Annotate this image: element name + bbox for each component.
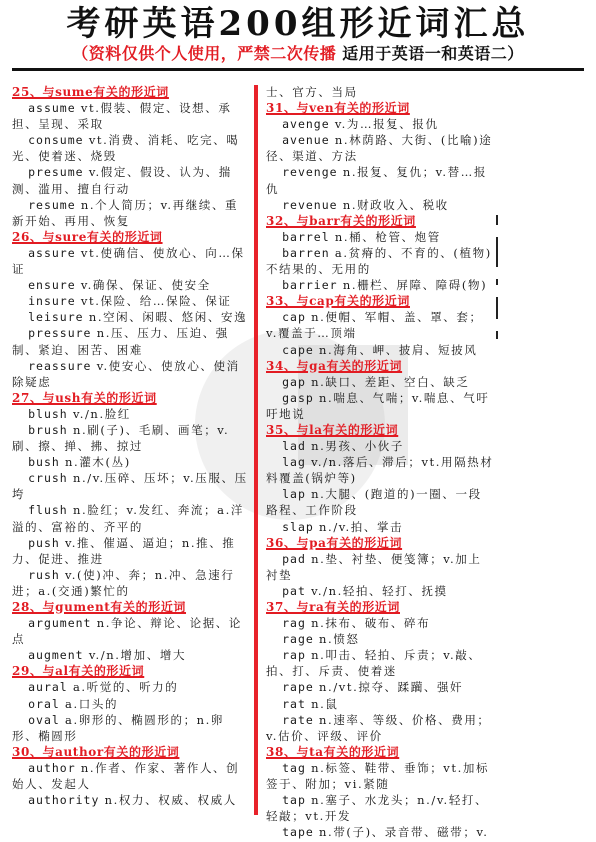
definition: n.鼠	[306, 697, 339, 711]
word-entry: barrier n.栅栏、屏障、障碍(物)	[266, 277, 494, 293]
word-entry: tap n.塞子、水龙头；n./v.轻打、轻敲；vt.开发	[266, 792, 494, 824]
word-entry: rag n.抹布、破布、碎布	[266, 615, 494, 631]
headword: avenge	[282, 117, 330, 131]
definition: v.为…报复、报仇	[330, 117, 439, 131]
headword: barrier	[282, 278, 337, 292]
word-entry: ensure v.确保、保证、使安全	[12, 277, 248, 293]
headword: assume	[28, 101, 76, 115]
page-title: 考研英语200组形近词汇总	[0, 4, 596, 44]
definition: v./n.脸红	[68, 407, 131, 421]
definition: n./vt.掠夺、蹂躏、强奸	[314, 680, 463, 694]
word-entry: pressure n.压、压力、压迫、强制、紧迫、困苦、困难	[12, 325, 248, 357]
definition: n.权力、权威、权威人	[99, 793, 236, 807]
word-entry: argument n.争论、辩论、论据、论点	[12, 615, 248, 647]
section-heading: 33、与cap有关的形近词	[266, 293, 494, 309]
section-heading: 29、与al有关的形近词	[12, 663, 248, 679]
section-heading: 30、与author有关的形近词	[12, 744, 248, 760]
definition: v./n.增加、增大	[84, 648, 186, 662]
word-entry: tape n.带(子)、录音带、磁带；v.	[266, 824, 494, 840]
headword: brush	[28, 423, 68, 437]
headword: crush	[28, 471, 68, 485]
definition: v./n.轻拍、轻打、抚摸	[306, 584, 448, 598]
right-column: 士、官方、当局31、与ven有关的形近词avenge v.为…报复、报仇aven…	[266, 84, 494, 840]
word-entry: rat n.鼠	[266, 696, 494, 712]
definition: n.灌木(丛)	[60, 455, 131, 469]
word-entry: assure vt.使确信、使放心、向…保证	[12, 245, 248, 277]
word-entry: revenge n.报复、复仇；v.替…报仇	[266, 164, 494, 196]
word-entry: barren a.贫瘠的、不育的、(植物)不结果的、无用的	[266, 245, 494, 277]
headword: aural	[28, 680, 68, 694]
headword: gap	[282, 375, 306, 389]
word-entry: aural a.听觉的、听力的	[12, 679, 248, 695]
word-entry: authority n.权力、权威、权威人	[12, 792, 248, 808]
word-entry: flush n.脸红；v.发红、奔流；a.洋溢的、富裕的、齐平的	[12, 502, 248, 534]
headword: reassure	[28, 359, 91, 373]
headword: lap	[282, 487, 306, 501]
word-entry: rate n.速率、等级、价格、费用；v.估价、评级、评价	[266, 712, 494, 744]
word-entry: augment v./n.增加、增大	[12, 647, 248, 663]
title-rule	[12, 68, 584, 71]
word-entry: rape n./vt.掠夺、蹂躏、强奸	[266, 679, 494, 695]
word-entry: assume vt.假装、假定、设想、承担、呈现、采取	[12, 100, 248, 132]
definition: n.桶、枪管、炮管	[330, 230, 441, 244]
headword: leisure	[28, 310, 83, 324]
word-entry: leisure n.空闲、闲暇、悠闲、安逸	[12, 309, 248, 325]
headword: flush	[28, 503, 68, 517]
word-entry: lad n.男孩、小伙子	[266, 438, 494, 454]
word-entry: avenue n.林荫路、大街、(比喻)途径、渠道、方法	[266, 132, 494, 164]
headword: lad	[282, 439, 306, 453]
definition: n.抹布、破布、碎布	[306, 616, 430, 630]
section-heading: 36、与pa有关的形近词	[266, 535, 494, 551]
word-entry: barrel n.桶、枪管、炮管	[266, 229, 494, 245]
headword: tag	[282, 761, 306, 775]
page-subtitle: （资料仅供个人使用，严禁二次传播 适用于英语一和英语二）	[0, 44, 596, 64]
definition: n.空闲、闲暇、悠闲、安逸	[84, 310, 248, 324]
headword: author	[28, 761, 76, 775]
word-entry: author n.作者、作家、著作人、创始人、发起人	[12, 760, 248, 792]
applicability-note: 适用于英语一和英语二）	[336, 44, 524, 63]
section-heading: 26、与sure有关的形近词	[12, 229, 248, 245]
headword: push	[28, 536, 60, 550]
headword: rag	[282, 616, 306, 630]
word-entry: rush v.(使)冲、奔；n.冲、急速行进；a.(交通)繁忙的	[12, 567, 248, 599]
headword: tap	[282, 793, 306, 807]
headword: rape	[282, 680, 314, 694]
left-column: 25、与sume有关的形近词assume vt.假装、假定、设想、承担、呈现、采…	[12, 84, 248, 808]
headword: lag	[282, 455, 306, 469]
headword: pad	[282, 552, 306, 566]
section-heading: 28、与gument有关的形近词	[12, 599, 248, 615]
word-entry: gasp n.喘息、气喘；v.喘息、气吁吁地说	[266, 390, 494, 422]
word-entry: bush n.灌木(丛)	[12, 454, 248, 470]
headword: oral	[28, 697, 60, 711]
headword: tape	[282, 825, 314, 839]
margin-artifacts	[493, 215, 501, 415]
definition: n.栅栏、屏障、障碍(物)	[338, 278, 488, 292]
word-entry: tag n.标签、鞋带、垂饰；vt.加标签于、附加；vi.紧随	[266, 760, 494, 792]
headword: augment	[28, 648, 83, 662]
definition: n.缺口、差距、空白、缺乏	[306, 375, 470, 389]
headword: barrel	[282, 230, 330, 244]
headword: rap	[282, 648, 306, 662]
headword: authority	[28, 793, 99, 807]
headword: presume	[28, 165, 83, 179]
word-entry: blush v./n.脸红	[12, 406, 248, 422]
word-entry: brush n.刷(子)、毛刷、画笔；v.刷、擦、掸、拂、掠过	[12, 422, 248, 454]
word-entry: cape n.海角、岬、披肩、短披风	[266, 342, 494, 358]
section-heading: 35、与la有关的形近词	[266, 422, 494, 438]
usage-warning: （资料仅供个人使用，严禁二次传播	[72, 44, 336, 63]
section-heading: 37、与ra有关的形近词	[266, 599, 494, 615]
headword: rage	[282, 632, 314, 646]
headword: barren	[282, 246, 330, 260]
section-heading: 38、与ta有关的形近词	[266, 744, 494, 760]
section-heading: 32、与barr有关的形近词	[266, 213, 494, 229]
headword: pat	[282, 584, 306, 598]
word-entry: gap n.缺口、差距、空白、缺乏	[266, 374, 494, 390]
word-entry: slap n./v.拍、掌击	[266, 519, 494, 535]
headword: assure	[28, 246, 76, 260]
column-divider	[254, 85, 258, 815]
definition: n.带(子)、录音带、磁带；v.	[314, 825, 489, 839]
definition: a.口头的	[60, 697, 118, 711]
word-entry: push v.推、催逼、逼迫；n.推、推力、促进、推进	[12, 535, 248, 567]
headword: cape	[282, 343, 314, 357]
definition: n.海角、岬、披肩、短披风	[314, 343, 478, 357]
headword: gasp	[282, 391, 314, 405]
definition: v.确保、保证、使安全	[76, 278, 211, 292]
headword: avenue	[282, 133, 330, 147]
section-heading: 27、与ush有关的形近词	[12, 390, 248, 406]
headword: insure	[28, 294, 76, 308]
word-entry: pat v./n.轻拍、轻打、抚摸	[266, 583, 494, 599]
headword: consume	[28, 133, 83, 147]
word-entry: consume vt.消费、消耗、吃完、喝光、使着迷、烧毁	[12, 132, 248, 164]
word-entry: rage n.愤怒	[266, 631, 494, 647]
headword: pressure	[28, 326, 91, 340]
section-heading: 25、与sume有关的形近词	[12, 84, 248, 100]
headword: rat	[282, 697, 306, 711]
headword: bush	[28, 455, 60, 469]
word-entry: oval a.卵形的、椭圆形的；n.卵形、椭圆形	[12, 712, 248, 744]
definition: a.听觉的、听力的	[68, 680, 179, 694]
word-entry: avenge v.为…报复、报仇	[266, 116, 494, 132]
headword: oval	[28, 713, 60, 727]
headword: resume	[28, 198, 76, 212]
headword: blush	[28, 407, 68, 421]
definition: vt.保险、给…保险、保证	[76, 294, 232, 308]
headword: cap	[282, 310, 306, 324]
headword: revenue	[282, 198, 337, 212]
word-entry: presume v.假定、假设、认为、揣测、滥用、擅自行动	[12, 164, 248, 196]
word-entry: cap n.便帽、军帽、盖、罩、套；v.覆盖于…顶端	[266, 309, 494, 341]
section-heading: 34、与ga有关的形近词	[266, 358, 494, 374]
headword: slap	[282, 520, 314, 534]
word-entry: revenue n.财政收入、税收	[266, 197, 494, 213]
word-entry: pad n.垫、衬垫、便笺簿；v.加上衬垫	[266, 551, 494, 583]
word-entry: insure vt.保险、给…保险、保证	[12, 293, 248, 309]
definition: n.愤怒	[314, 632, 360, 646]
word-entry: resume n.个人简历；v.再继续、重新开始、再用、恢复	[12, 197, 248, 229]
section-heading: 31、与ven有关的形近词	[266, 100, 494, 116]
word-entry: lag v./n.落后、滞后；vt.用隔热材料覆盖(锅炉等)	[266, 454, 494, 486]
definition: n.男孩、小伙子	[306, 439, 404, 453]
headword: rush	[28, 568, 60, 582]
definition: n.财政收入、税收	[338, 198, 449, 212]
headword: argument	[28, 616, 91, 630]
headword: revenge	[282, 165, 337, 179]
word-entry: oral a.口头的	[12, 696, 248, 712]
word-entry: rap n.叩击、轻拍、斥责；v.敲、拍、打、斥责、使着迷	[266, 647, 494, 679]
headword: ensure	[28, 278, 76, 292]
definition: n./v.拍、掌击	[314, 520, 403, 534]
headword: rate	[282, 713, 314, 727]
word-entry: lap n.大腿、(跑道的)一圈、一段路程、工作阶段	[266, 486, 494, 518]
word-entry: crush n./v.压碎、压坏；v.压服、压垮	[12, 470, 248, 502]
word-entry: reassure v.使安心、使放心、使消除疑虑	[12, 358, 248, 390]
entry-continuation: 士、官方、当局	[266, 84, 494, 100]
